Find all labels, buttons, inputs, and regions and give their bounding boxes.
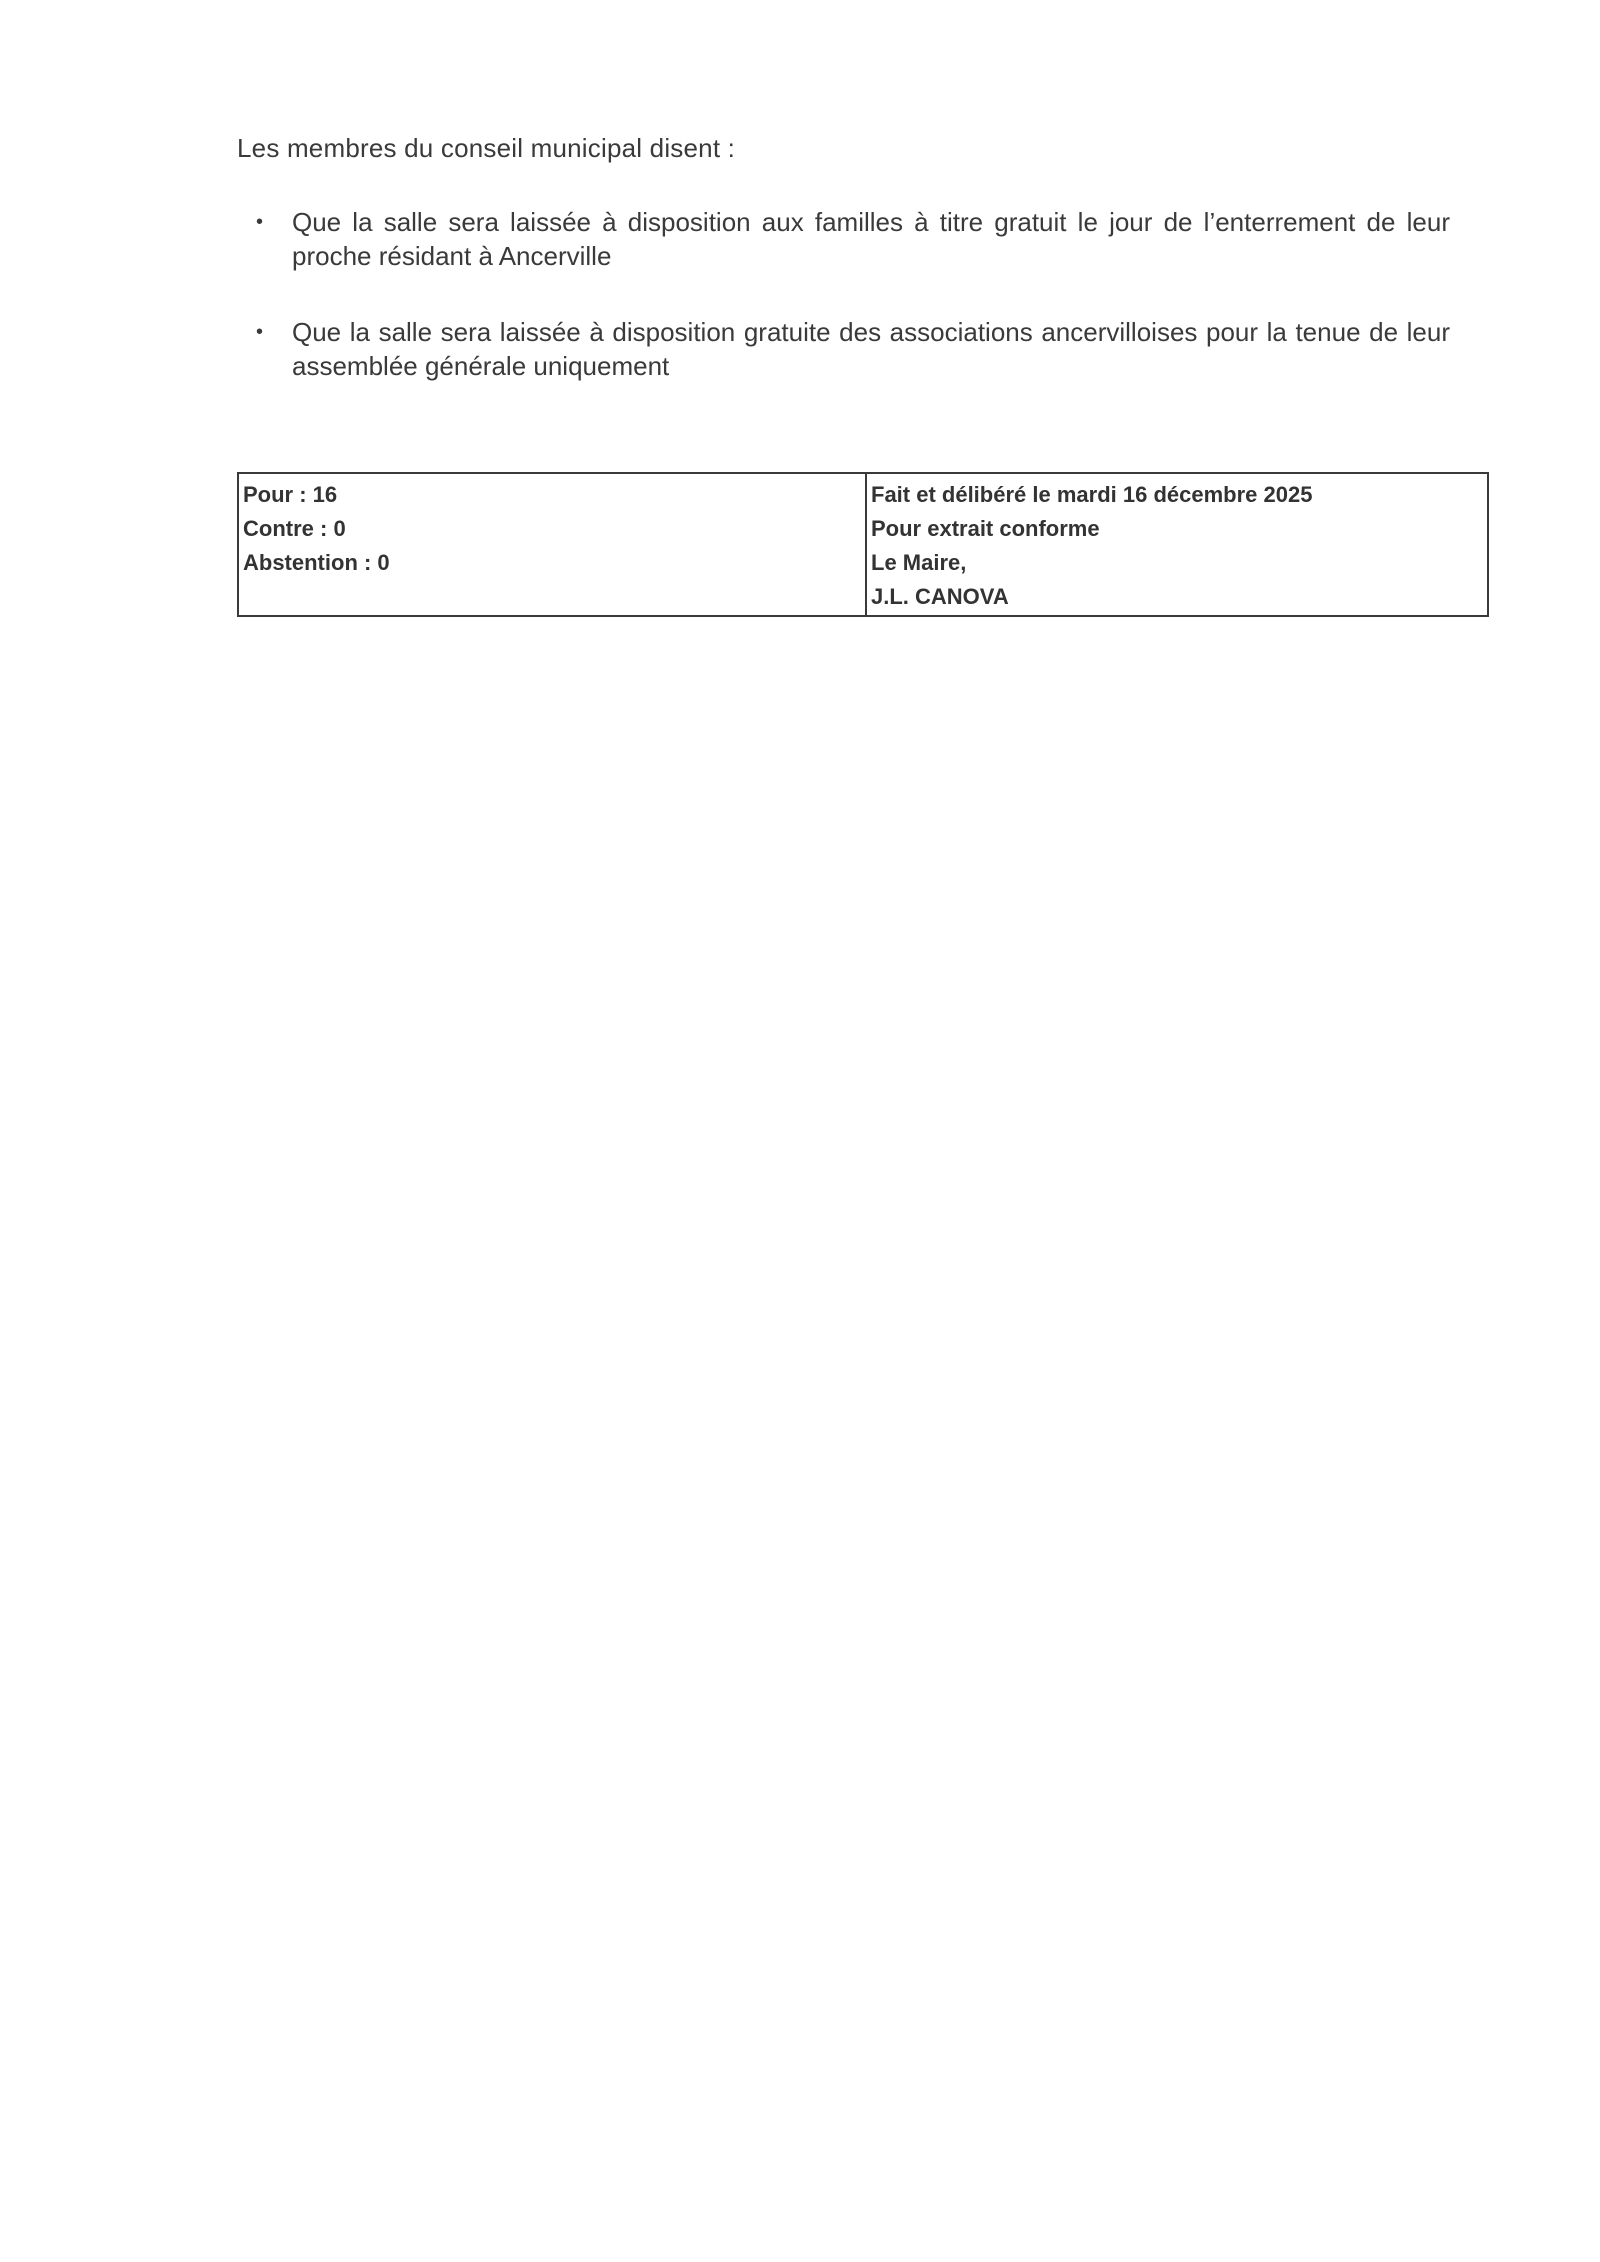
decision-list: • Que la salle sera laissée à dispositio… (250, 205, 1450, 425)
vote-results-cell: Pour : 16 Contre : 0 Abstention : 0 (239, 474, 867, 615)
decision-item: • Que la salle sera laissée à dispositio… (250, 205, 1450, 273)
intro-text: Les membres du conseil municipal disent … (237, 133, 735, 164)
signature-date: Fait et délibéré le mardi 16 décembre 20… (871, 478, 1483, 512)
decision-item: • Que la salle sera laissée à dispositio… (250, 315, 1450, 383)
decision-text: Que la salle sera laissée à disposition … (292, 207, 1450, 271)
vote-abstention: Abstention : 0 (243, 546, 861, 580)
decision-text: Que la salle sera laissée à disposition … (292, 317, 1450, 381)
signature-role: Le Maire, (871, 546, 1483, 580)
vote-contre: Contre : 0 (243, 512, 861, 546)
vote-table: Pour : 16 Contre : 0 Abstention : 0 Fait… (237, 472, 1489, 617)
signature-conformity: Pour extrait conforme (871, 512, 1483, 546)
signature-name: J.L. CANOVA (871, 580, 1483, 614)
bullet-icon: • (256, 315, 263, 349)
signature-cell: Fait et délibéré le mardi 16 décembre 20… (867, 474, 1487, 615)
bullet-icon: • (256, 205, 263, 239)
vote-pour: Pour : 16 (243, 478, 861, 512)
document-page: Les membres du conseil municipal disent … (0, 0, 1600, 2262)
